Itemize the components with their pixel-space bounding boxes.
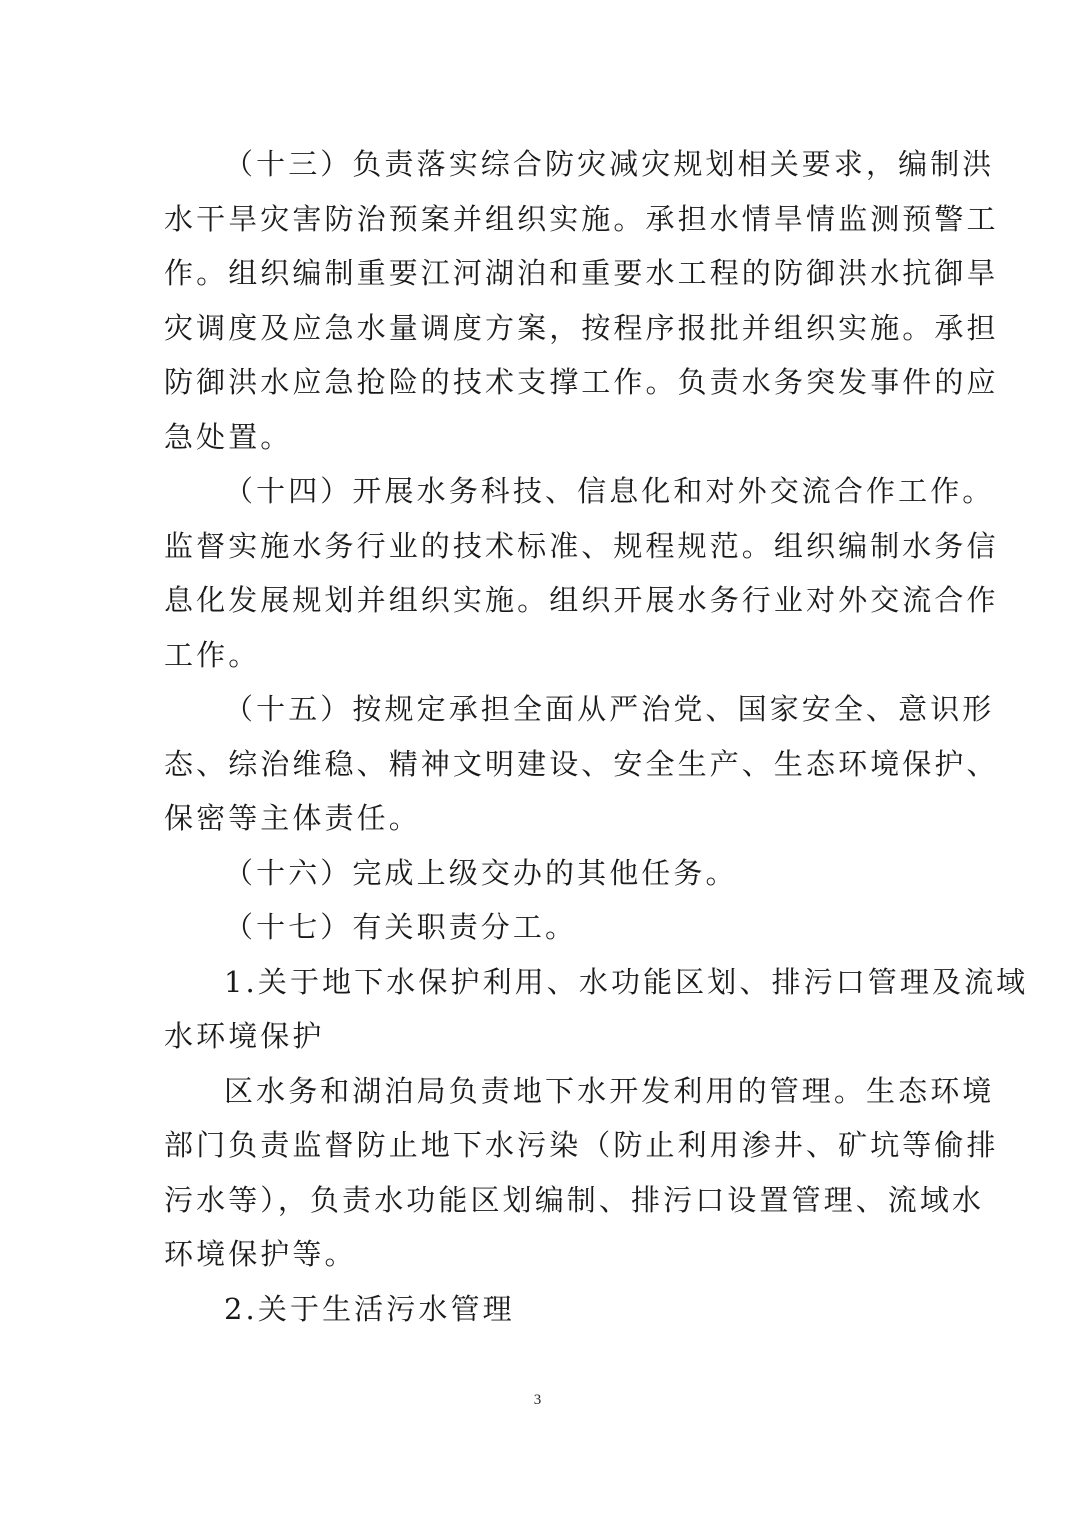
paragraph-13-line-6: 急处置。 (164, 410, 914, 465)
paragraph-13-line-3: 作。组织编制重要江河湖泊和重要水工程的防御洪水抗御旱 (164, 246, 914, 301)
paragraph-14-line-2: 监督实施水务行业的技术标准、规程规范。组织编制水务信 (164, 519, 914, 574)
paragraph-13-line-1: （十三）负责落实综合防灾减灾规划相关要求，编制洪 (164, 137, 914, 192)
paragraph-17: （十七）有关职责分工。 (164, 900, 914, 955)
paragraph-13-line-2: 水干旱灾害防治预案并组织实施。承担水情旱情监测预警工 (164, 192, 914, 247)
document-page: （十三）负责落实综合防灾减灾规划相关要求，编制洪 水干旱灾害防治预案并组织实施。… (164, 137, 914, 1336)
paragraph-15-line-1: （十五）按规定承担全面从严治党、国家安全、意识形 (164, 682, 914, 737)
paragraph-14-line-1: （十四）开展水务科技、信息化和对外交流合作工作。 (164, 464, 914, 519)
subheading-2: 2.关于生活污水管理 (164, 1282, 914, 1337)
subsection-1-body-line-3: 污水等），负责水功能区划编制、排污口设置管理、流域水 (164, 1173, 914, 1228)
paragraph-15-line-2: 态、综治维稳、精神文明建设、安全生产、生态环境保护、 (164, 737, 914, 792)
paragraph-14-line-4: 工作。 (164, 628, 914, 683)
paragraph-13-line-5: 防御洪水应急抢险的技术支撑工作。负责水务突发事件的应 (164, 355, 914, 410)
page-number: 3 (0, 1392, 1075, 1409)
paragraph-14-line-3: 息化发展规划并组织实施。组织开展水务行业对外交流合作 (164, 573, 914, 628)
paragraph-13-line-4: 灾调度及应急水量调度方案，按程序报批并组织实施。承担 (164, 301, 914, 356)
subsection-1-body-line-2: 部门负责监督防止地下水污染（防止利用渗井、矿坑等偷排 (164, 1118, 914, 1173)
paragraph-16: （十六）完成上级交办的其他任务。 (164, 846, 914, 901)
subheading-1-line-2: 水环境保护 (164, 1009, 914, 1064)
paragraph-15-line-3: 保密等主体责任。 (164, 791, 914, 846)
subheading-1-line-1: 1.关于地下水保护利用、水功能区划、排污口管理及流域 (164, 955, 914, 1010)
subsection-1-body-line-1: 区水务和湖泊局负责地下水开发利用的管理。生态环境 (164, 1064, 914, 1119)
subsection-1-body-line-4: 环境保护等。 (164, 1227, 914, 1282)
